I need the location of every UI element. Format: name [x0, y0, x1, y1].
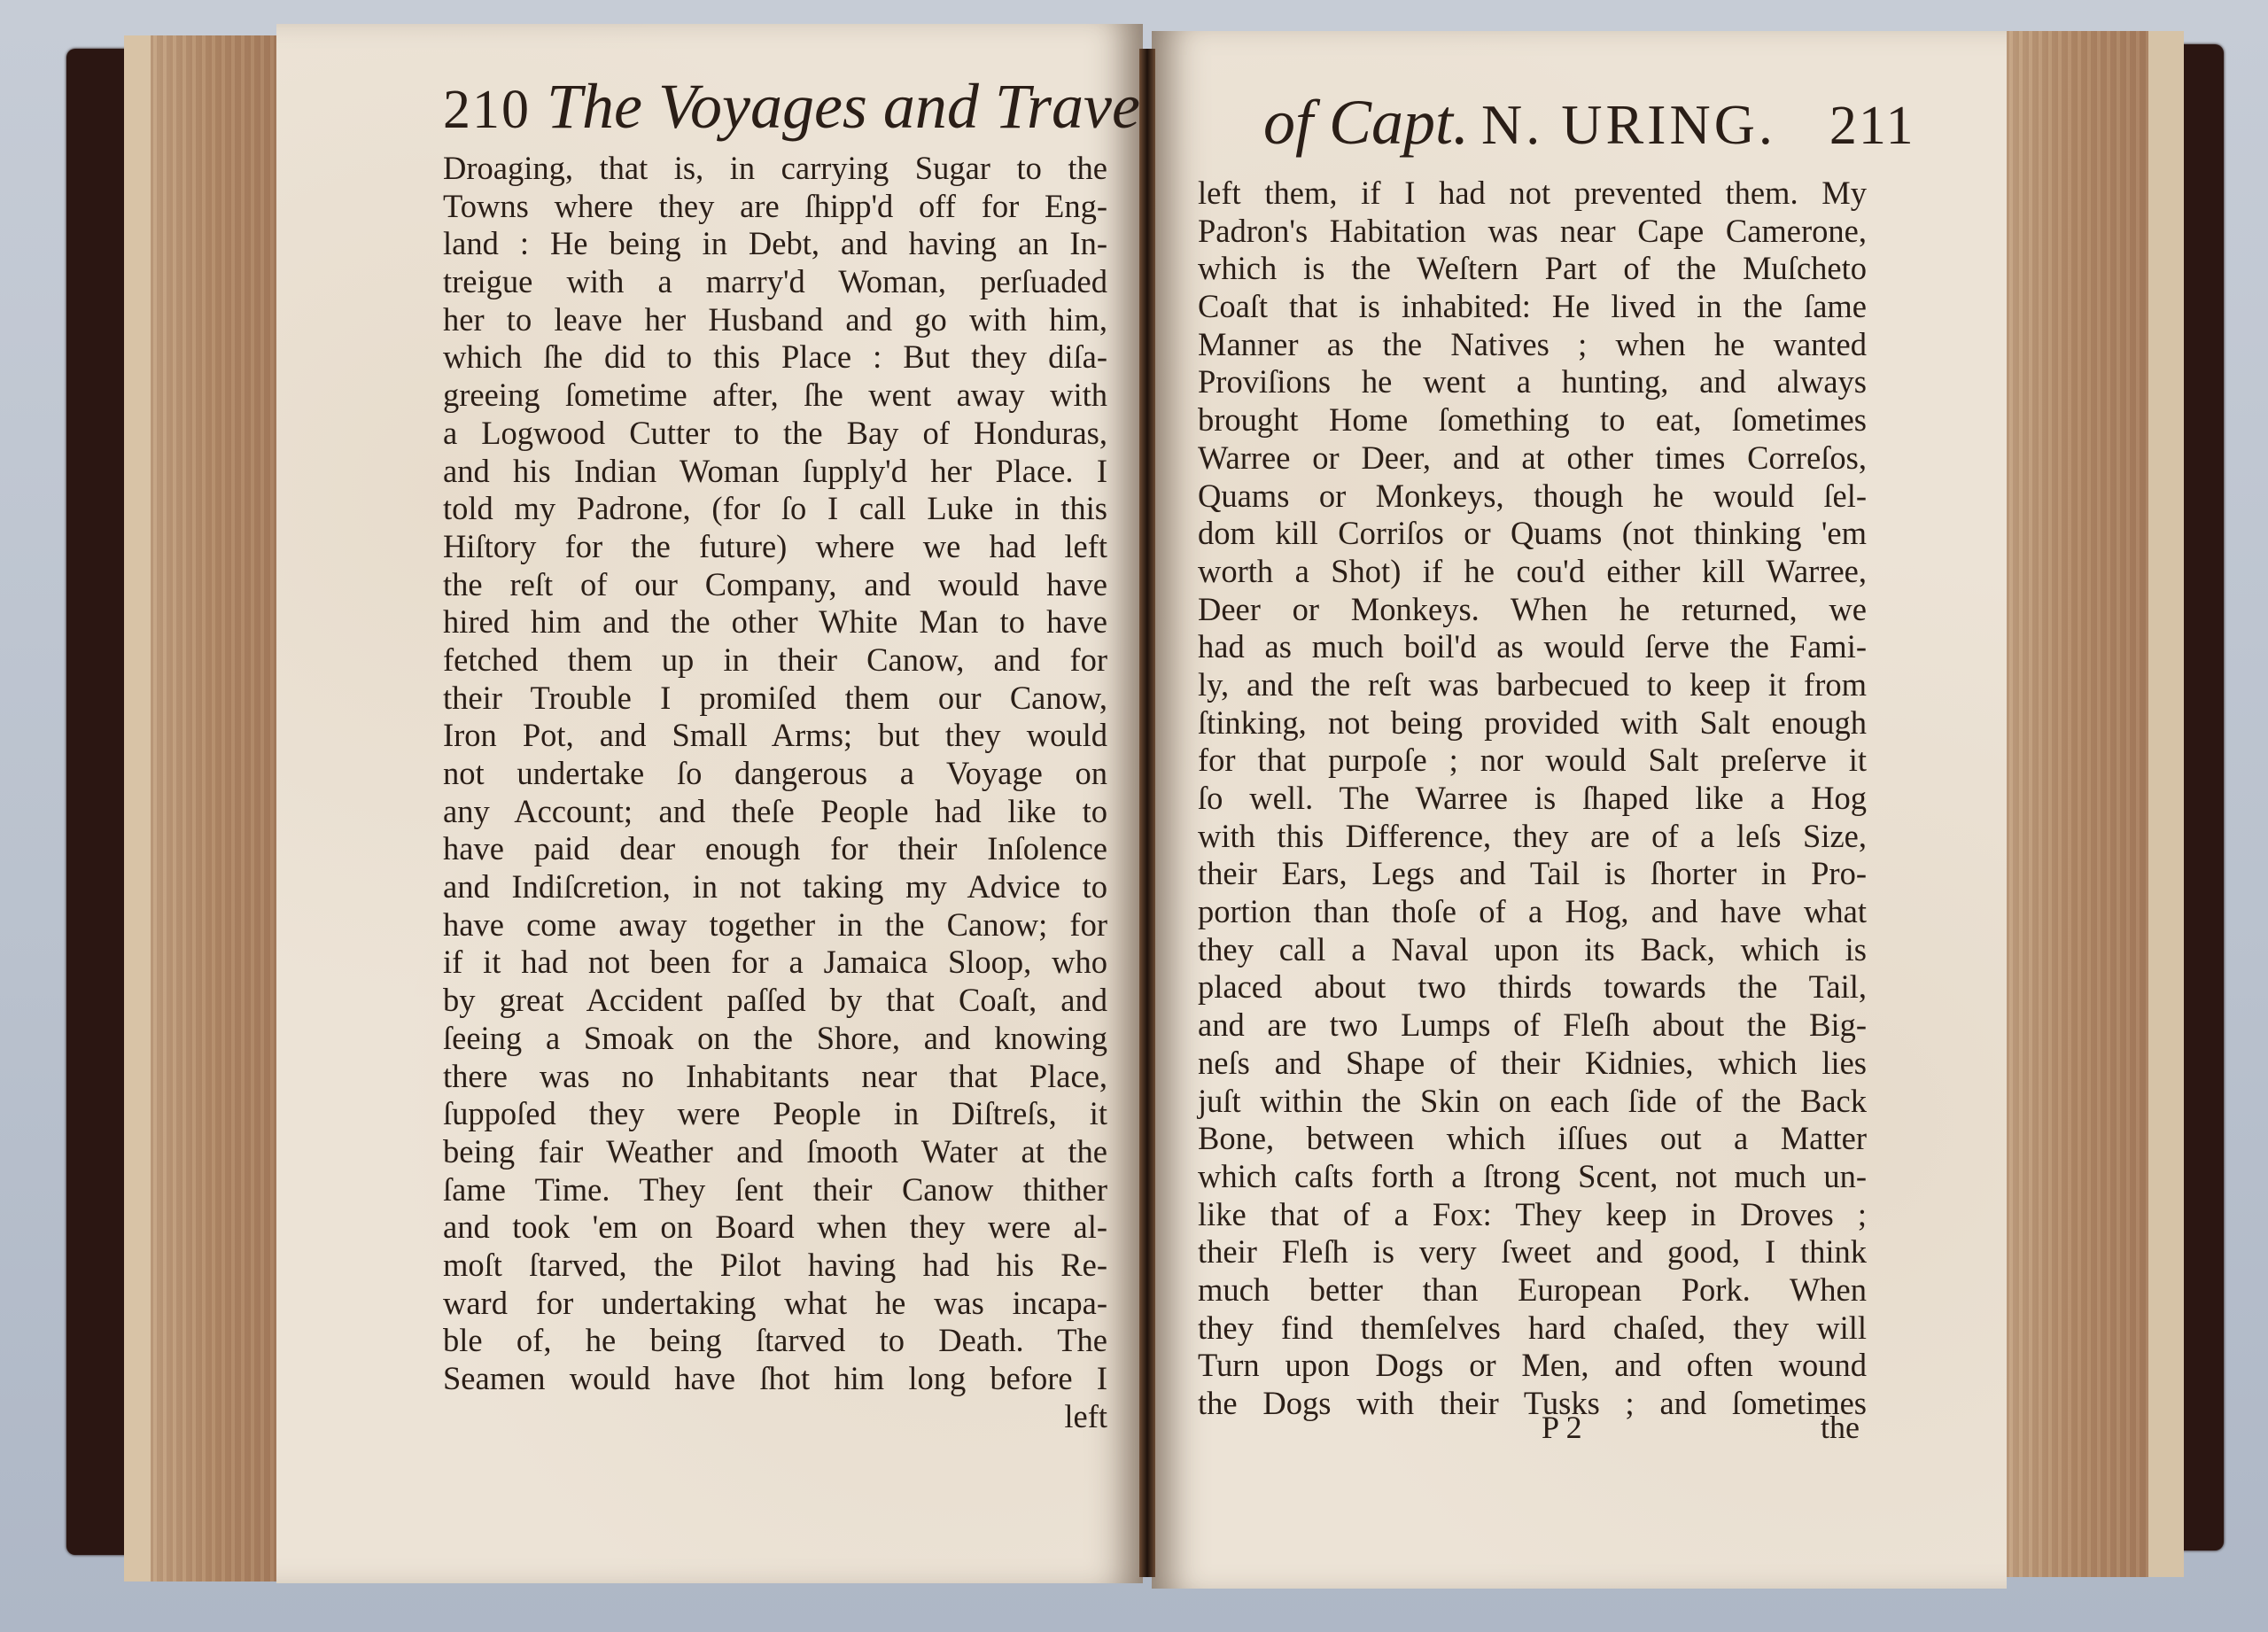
text-line: their Fleſh is very ſweet and good, I th…	[1198, 1233, 1867, 1271]
text-line: any Account; and theſe People had like t…	[443, 793, 1107, 831]
text-line: Deer or Monkeys. When he returned, we	[1198, 591, 1867, 629]
left-page-block	[124, 35, 279, 1581]
text-line: Manner as the Natives ; when he wanted	[1198, 326, 1867, 364]
text-line: ſo well. The Warree is ſhaped like a Hog	[1198, 780, 1867, 818]
text-line: there was no Inhabitants near that Place…	[443, 1058, 1107, 1096]
text-line: placed about two thirds towards the Tail…	[1198, 968, 1867, 1006]
text-line: moſt ſtarved, the Pilot having had his R…	[443, 1247, 1107, 1285]
text-line: told my Padrone, (for ſo I call Luke in …	[443, 490, 1107, 528]
text-line: which caſts forth a ſtrong Scent, not mu…	[1198, 1158, 1867, 1196]
text-line: ward for undertaking what he was incapa-	[443, 1285, 1107, 1323]
right-page-block	[2007, 31, 2184, 1577]
text-line: neſs and Shape of their Kidnies, which l…	[1198, 1045, 1867, 1083]
text-line: being fair Weather and ſmooth Water at t…	[443, 1133, 1107, 1171]
text-line: ſuppoſed they were People in Diſtreſs, i…	[443, 1095, 1107, 1133]
text-line: a Logwood Cutter to the Bay of Honduras,	[443, 415, 1107, 453]
running-title: The Voyages and Travels	[547, 70, 1183, 144]
right-body-text: left them, if I had not prevented them. …	[1198, 175, 1867, 1423]
text-line: and took 'em on Board when they were al-	[443, 1208, 1107, 1247]
catchword: the	[1821, 1409, 1860, 1446]
text-line: Quams or Monkeys, though he would ſel-	[1198, 478, 1867, 516]
text-line: Seamen would have ſhot him long before I	[443, 1360, 1107, 1398]
text-line: worth a Shot) if he cou'd either kill Wa…	[1198, 553, 1867, 591]
text-line: hired him and the other White Man to hav…	[443, 603, 1107, 641]
text-line: not undertake ſo dangerous a Voyage on	[443, 755, 1107, 793]
text-line: juſt within the Skin on each ſide of the…	[1198, 1083, 1867, 1121]
text-line: dom kill Corriſos or Quams (not thinking…	[1198, 515, 1867, 553]
text-line: the Dogs with their Tusks ; and ſometime…	[1198, 1385, 1867, 1423]
left-running-head: 210 The Voyages and Travels	[443, 70, 1183, 144]
text-line: have paid dear enough for their Inſolenc…	[443, 830, 1107, 868]
text-line: Iron Pot, and Small Arms; but they would	[443, 717, 1107, 755]
text-line: greeing ſometime after, ſhe went away wi…	[443, 377, 1107, 415]
text-line: treigue with a marry'd Woman, perſuaded	[443, 263, 1107, 301]
text-line: their Ears, Legs and Tail is ſhorter in …	[1198, 855, 1867, 893]
left-body-text: Droaging, that is, in carrying Sugar to …	[443, 150, 1107, 1435]
text-line: left them, if I had not prevented them. …	[1198, 175, 1867, 213]
page-number: 210	[443, 79, 531, 142]
text-line: ble of, he being ſtarved to Death. The	[443, 1322, 1107, 1360]
text-line: Hiſtory for the future) where we had lef…	[443, 528, 1107, 566]
text-line: brought Home ſomething to eat, ſometimes	[1198, 401, 1867, 439]
text-line: fetched them up in their Canow, and for	[443, 641, 1107, 680]
text-line: for that purpoſe ; nor would Salt preſer…	[1198, 742, 1867, 780]
right-running-head: of Capt. N. URING. 211	[1247, 86, 1915, 159]
text-line: ſtinking, not being provided with Salt e…	[1198, 704, 1867, 742]
text-line: Warree or Deer, and at other times Corre…	[1198, 439, 1867, 478]
signature-mark: P 2	[1542, 1409, 1582, 1446]
text-line: Padron's Habitation was near Cape Camero…	[1198, 213, 1867, 251]
text-line: ly, and the reſt was barbecued to keep i…	[1198, 666, 1867, 704]
text-line: her to leave her Husband and go with him…	[443, 301, 1107, 339]
running-title-caps: N. URING.	[1481, 92, 1776, 158]
text-line: ſame Time. They ſent their Canow thither	[443, 1171, 1107, 1209]
running-title-italic: of Capt.	[1263, 86, 1469, 159]
text-line: land : He being in Debt, and having an I…	[443, 225, 1107, 263]
text-line: they call a Naval upon its Back, which i…	[1198, 931, 1867, 969]
text-line: have come away together in the Canow; fo…	[443, 906, 1107, 944]
text-line: they find themſelves hard chaſed, they w…	[1198, 1309, 1867, 1348]
text-line: if it had not been for a Jamaica Sloop, …	[443, 944, 1107, 982]
text-line: ſeeing a Smoak on the Shore, and knowing	[443, 1020, 1107, 1058]
right-page: of Capt. N. URING. 211 left them, if I h…	[1152, 31, 2007, 1589]
text-line: Proviſions he went a hunting, and always	[1198, 363, 1867, 401]
text-line: and his Indian Woman ſupply'd her Place.…	[443, 453, 1107, 491]
text-line: like that of a Fox: They keep in Droves …	[1198, 1196, 1867, 1234]
left-page: 210 The Voyages and Travels Droaging, th…	[276, 24, 1143, 1583]
text-line: portion than thoſe of a Hog, and have wh…	[1198, 893, 1867, 931]
text-line: Droaging, that is, in carrying Sugar to …	[443, 150, 1107, 188]
text-line: which ſhe did to this Place : But they d…	[443, 338, 1107, 377]
text-line: with this Difference, they are of a leſs…	[1198, 818, 1867, 856]
page-number: 211	[1829, 95, 1915, 158]
text-line: Coaſt that is inhabited: He lived in the…	[1198, 288, 1867, 326]
text-line: Turn upon Dogs or Men, and often wound	[1198, 1347, 1867, 1385]
text-line: the reſt of our Company, and would have	[443, 566, 1107, 604]
text-line: by great Accident paſſed by that Coaſt, …	[443, 982, 1107, 1020]
text-line: Bone, between which iſſues out a Matter	[1198, 1120, 1867, 1158]
text-line: which is the Weſtern Part of the Muſchet…	[1198, 250, 1867, 288]
catchword: left	[443, 1398, 1107, 1436]
text-line: had as much boil'd as would ſerve the Fa…	[1198, 628, 1867, 666]
text-line: and Indiſcretion, in not taking my Advic…	[443, 868, 1107, 906]
text-line: much better than European Pork. When	[1198, 1271, 1867, 1309]
text-line: and are two Lumps of Fleſh about the Big…	[1198, 1006, 1867, 1045]
text-line: Towns where they are ſhipp'd off for Eng…	[443, 188, 1107, 226]
book-gutter	[1139, 49, 1155, 1577]
text-line: their Trouble I promiſed them our Canow,	[443, 680, 1107, 718]
